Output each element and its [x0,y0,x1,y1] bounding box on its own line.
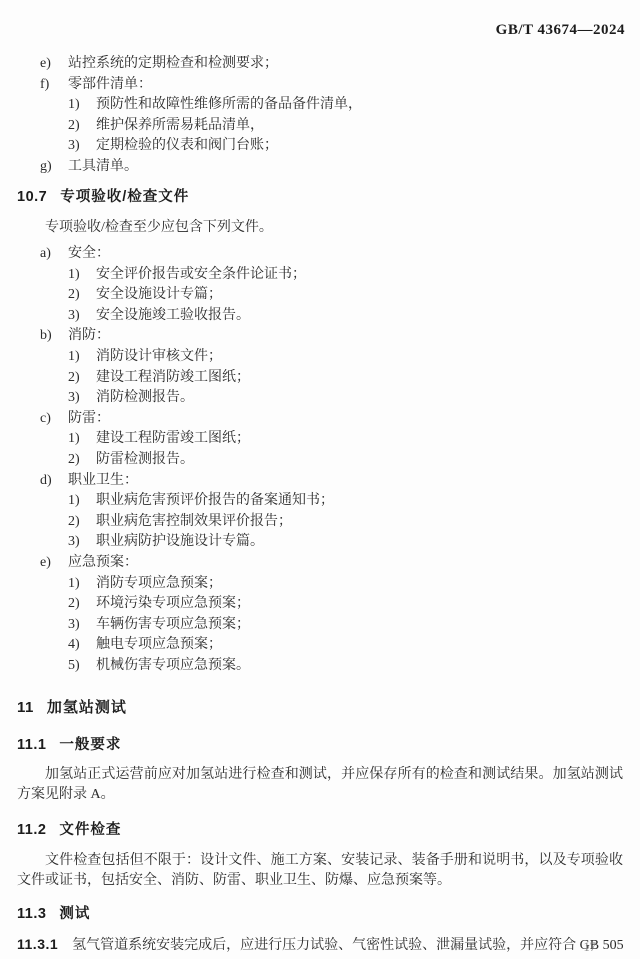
list-item-label: 2) [68,450,96,471]
list-item-label: e) [40,553,68,574]
page-number: 17 [584,940,597,954]
list-item-text: 触电专项应急预案； [96,637,222,652]
list-item: 2)建设工程消防竣工图纸； [17,368,623,389]
list-item-text: 职业病危害预评价报告的备案通知书； [96,493,334,508]
list-item: 2)防雷检测报告。 [17,450,623,471]
list-item-text: 安全： [68,246,110,261]
document-body: e)站控系统的定期检查和检测要求； f)零部件清单： 1)预防性和故障性维修所需… [0,39,640,956]
heading-title: 测试 [59,906,90,922]
section-heading-10-7: 10.7专项验收/检查文件 [17,187,623,208]
list-item-label: 1) [68,265,96,286]
list-item-text: 应急预案： [68,555,138,570]
list-item: e)站控系统的定期检查和检测要求； [17,54,623,75]
list-item: 2)环境污染专项应急预案； [17,594,623,615]
list-item-text: 定期检验的仪表和阀门台账； [96,138,278,153]
list-item: g)工具清单。 [17,157,623,178]
heading-title: 加氢站测试 [47,699,127,716]
list-item: b)消防： [17,326,623,347]
list-item: 3)消防检测报告。 [17,388,623,409]
page-footer: 17 [584,940,597,955]
list-item-label: 3) [68,388,96,409]
list-item: 1)预防性和故障性维修所需的备品备件清单， [17,95,623,116]
clause-text: 氢气管道系统安装完成后，应进行压力试验、气密性试验、泄漏量试验，并应符合 GB … [72,938,623,953]
list-item: 5)机械伤害专项应急预案。 [17,656,623,677]
list-item: c)防雷： [17,409,623,430]
body-paragraph: 文件检查包括但不限于：设计文件、施工方案、安装记录、装备手册和说明书，以及专项验… [17,851,623,892]
body-paragraph: 加氢站正式运营前应对加氢站进行检查和测试，并应保存所有的检查和测试结果。加氢站测… [17,765,623,806]
list-item-label: 4) [68,635,96,656]
list-item-text: 职业卫生： [68,473,138,488]
list-item: 3)定期检验的仪表和阀门台账； [17,136,623,157]
list-item-label: 2) [68,285,96,306]
list-item: 1)消防专项应急预案； [17,574,623,595]
list-item-label: 5) [68,656,96,677]
list-item-label: e) [40,54,68,75]
list-item: f)零部件清单： [17,75,623,96]
list-item-text: 消防设计审核文件； [96,349,222,364]
chapter-heading-11: 11加氢站测试 [17,697,623,719]
list-item-text: 车辆伤害专项应急预案； [96,617,250,632]
list-item-text: 安全评价报告或安全条件论证书； [96,267,306,282]
list-item-text: 站控系统的定期检查和检测要求； [68,56,278,71]
list-item: a)安全： [17,244,623,265]
heading-number: 11.1 [17,737,46,753]
list-item-text: 职业病危害控制效果评价报告； [96,514,292,529]
list-item: d)职业卫生： [17,471,623,492]
list-item-label: b) [40,326,68,347]
list-item-label: 1) [68,347,96,368]
list-item-text: 消防专项应急预案； [96,576,222,591]
list-item-label: d) [40,471,68,492]
list-item-label: 2) [68,594,96,615]
list-item-text: 建设工程消防竣工图纸； [96,370,250,385]
list-item-text: 工具清单。 [68,159,138,174]
list-item-text: 建设工程防雷竣工图纸； [96,431,250,446]
list-item-text: 防雷： [68,411,110,426]
heading-number: 11.2 [17,822,46,838]
list-item-text: 零部件清单： [68,77,152,92]
list-item: 2)安全设施设计专篇； [17,285,623,306]
list-item-label: a) [40,244,68,265]
section-heading-11-1: 11.1一般要求 [17,735,623,756]
list-item-label: 2) [68,512,96,533]
list-item-text: 环境污染专项应急预案； [96,596,250,611]
list-item-label: 1) [68,491,96,512]
heading-title: 文件检查 [59,822,121,838]
list-item-label: 3) [68,306,96,327]
section-heading-11-3: 11.3测试 [17,904,623,925]
list-item-text: 消防检测报告。 [96,390,194,405]
list-item: e)应急预案： [17,553,623,574]
list-item-label: 3) [68,136,96,157]
list-item: 1)安全评价报告或安全条件论证书； [17,265,623,286]
list-item-label: f) [40,75,68,96]
heading-title: 专项验收/检查文件 [60,189,189,205]
list-item-text: 消防： [68,328,110,343]
list-item-label: 1) [68,574,96,595]
list-item: 1)建设工程防雷竣工图纸； [17,429,623,450]
intro-paragraph: 专项验收/检查至少应包含下列文件。 [17,218,623,239]
list-item: 3)职业病防护设施设计专篇。 [17,532,623,553]
heading-number: 11.3 [17,906,46,922]
list-item: 2)职业病危害控制效果评价报告； [17,512,623,533]
list-item: 2)维护保养所需易耗品清单， [17,116,623,137]
heading-title: 一般要求 [59,737,121,753]
list-item: 3)车辆伤害专项应急预案； [17,615,623,636]
standard-code: GB/T 43674—2024 [496,22,625,38]
list-item-text: 维护保养所需易耗品清单， [96,118,264,133]
list-item: 4)触电专项应急预案； [17,635,623,656]
list-item-label: 1) [68,429,96,450]
list-item-label: 3) [68,615,96,636]
clause-number: 11.3.1 [17,936,58,952]
heading-number: 11 [17,699,34,716]
document-page: GB/T 43674—2024 e)站控系统的定期检查和检测要求； f)零部件清… [0,0,640,959]
list-item-text: 安全设施竣工验收报告。 [96,308,250,323]
list-item-text: 职业病防护设施设计专篇。 [96,534,264,549]
list-item: 3)安全设施竣工验收报告。 [17,306,623,327]
list-item-text: 防雷检测报告。 [96,452,194,467]
list-item-label: c) [40,409,68,430]
heading-number: 10.7 [17,189,47,205]
list-item-label: g) [40,157,68,178]
clause-11-3-1: 11.3.1氢气管道系统安装完成后，应进行压力试验、气密性试验、泄漏量试验，并应… [17,934,623,957]
list-item-text: 预防性和故障性维修所需的备品备件清单， [96,97,362,112]
list-item: 1)消防设计审核文件； [17,347,623,368]
list-item-label: 1) [68,95,96,116]
page-header: GB/T 43674—2024 [0,0,640,39]
list-item-label: 2) [68,116,96,137]
list-item-label: 2) [68,368,96,389]
list-item-text: 安全设施设计专篇； [96,287,222,302]
section-heading-11-2: 11.2文件检查 [17,820,623,841]
list-item-text: 机械伤害专项应急预案。 [96,658,250,673]
list-item: 1)职业病危害预评价报告的备案通知书； [17,491,623,512]
list-item-label: 3) [68,532,96,553]
